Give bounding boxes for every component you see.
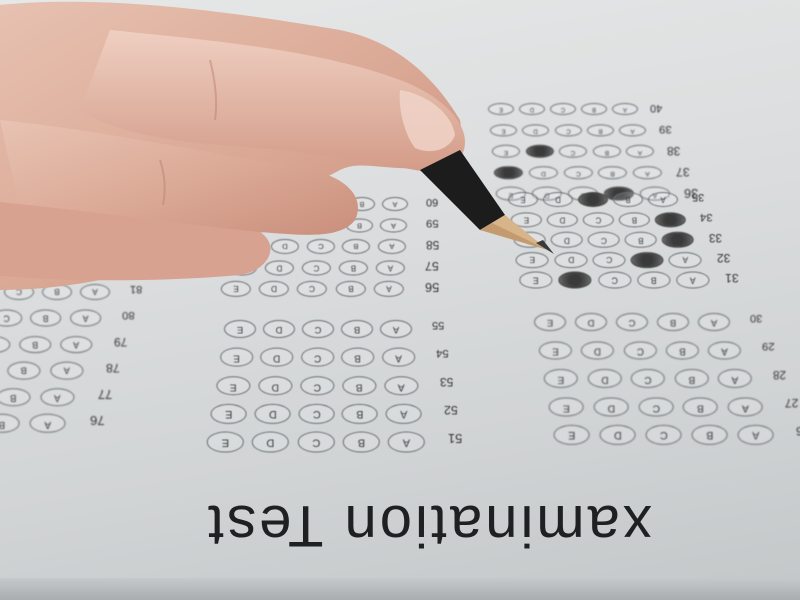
answer-bubble-a[interactable]: A: [384, 376, 418, 395]
answer-bubble-c[interactable]: C: [646, 425, 682, 445]
answer-bubble-b[interactable]: B: [0, 414, 20, 433]
answer-bubble-c[interactable]: C: [298, 432, 335, 453]
answer-bubble-b[interactable]: B: [692, 425, 728, 445]
answer-bubble-a[interactable]: A: [612, 103, 638, 115]
answer-bubble-d[interactable]: D: [594, 397, 629, 416]
answer-bubble-a[interactable]: A: [648, 192, 678, 207]
answer-bubble-c[interactable]: C: [631, 369, 665, 388]
answer-bubble-c[interactable]: C: [300, 376, 334, 395]
answer-bubble-c[interactable]: C: [588, 232, 620, 248]
answer-bubble-b[interactable]: B: [598, 166, 627, 179]
answer-bubble-c[interactable]: C: [578, 192, 608, 207]
answer-bubble-c[interactable]: C: [583, 212, 614, 227]
answer-bubble-a[interactable]: A: [676, 272, 709, 289]
answer-bubble-b[interactable]: B: [7, 362, 40, 380]
answer-bubble-d[interactable]: D: [581, 341, 614, 359]
question-number: 39: [659, 123, 672, 135]
question-number: 26: [796, 424, 800, 438]
answer-bubble-e[interactable]: E: [224, 320, 256, 338]
answer-bubble-a[interactable]: A: [30, 414, 66, 433]
answer-bubble-b[interactable]: B: [637, 272, 670, 289]
answer-bubble-c[interactable]: C: [639, 397, 674, 416]
question-number: 31: [725, 271, 739, 285]
answer-bubble-a[interactable]: A: [718, 369, 752, 388]
answer-bubble-a[interactable]: A: [60, 336, 92, 353]
question-number: 51: [448, 431, 462, 446]
answer-bubble-b[interactable]: B: [619, 212, 650, 227]
answer-bubble-a[interactable]: A: [662, 232, 694, 248]
answer-bubble-b[interactable]: B: [587, 124, 614, 136]
answer-bubble-a[interactable]: A: [388, 432, 425, 453]
answer-bubble-c[interactable]: C: [598, 272, 631, 289]
answer-bubble-b[interactable]: B: [341, 320, 373, 338]
answer-bubble-a[interactable]: A: [633, 166, 662, 179]
answer-bubble-c[interactable]: C: [299, 404, 335, 424]
answer-bubble-b[interactable]: B: [0, 388, 30, 406]
answer-bubble-b[interactable]: B: [343, 432, 380, 453]
answer-bubble-e[interactable]: E: [549, 397, 584, 416]
question-number: 79: [114, 335, 127, 349]
answer-bubble-a[interactable]: A: [386, 404, 422, 424]
answer-bubble-a[interactable]: A: [669, 252, 702, 268]
answer-bubble-a[interactable]: A: [382, 348, 415, 367]
question-number: 27: [785, 396, 798, 410]
answer-bubble-e[interactable]: E: [519, 272, 552, 289]
pencil: [420, 150, 570, 270]
question-number: 76: [90, 413, 105, 428]
question-number: 40: [650, 102, 662, 114]
answer-bubble-d[interactable]: D: [575, 313, 607, 331]
answer-bubble-e[interactable]: E: [216, 376, 250, 395]
answer-bubble-b[interactable]: B: [30, 310, 61, 327]
answer-bubble-b[interactable]: B: [625, 232, 657, 248]
question-number: 33: [709, 231, 722, 244]
answer-bubble-a[interactable]: A: [626, 145, 654, 158]
answer-bubble-e[interactable]: E: [534, 313, 566, 331]
answer-bubble-c[interactable]: C: [0, 310, 22, 327]
answer-bubble-b[interactable]: B: [342, 404, 378, 424]
table-edge: [0, 578, 800, 600]
answer-bubble-b[interactable]: B: [342, 376, 376, 395]
question-number: 80: [122, 309, 135, 321]
answer-bubble-a[interactable]: A: [708, 341, 741, 359]
question-number: 28: [773, 368, 786, 381]
answer-bubble-c[interactable]: C: [550, 103, 576, 115]
question-number: 32: [717, 251, 730, 265]
answer-bubble-d[interactable]: D: [260, 348, 293, 367]
answer-bubble-d[interactable]: D: [600, 425, 636, 445]
question-number: 35: [692, 191, 704, 203]
answer-bubble-e[interactable]: E: [539, 341, 572, 359]
answer-bubble-e[interactable]: E: [544, 369, 578, 388]
answer-bubble-e[interactable]: E: [488, 103, 514, 115]
answer-bubble-e[interactable]: E: [211, 404, 247, 424]
question-number: 29: [762, 340, 775, 352]
answer-bubble-b[interactable]: B: [593, 145, 621, 158]
answer-bubble-c[interactable]: C: [616, 313, 648, 331]
answer-bubble-c[interactable]: C: [0, 336, 10, 353]
answer-bubble-c[interactable]: C: [301, 348, 334, 367]
answer-bubble-b[interactable]: B: [657, 313, 689, 331]
answer-bubble-a[interactable]: A: [380, 320, 412, 338]
answer-bubble-b[interactable]: B: [613, 192, 643, 207]
sheet-title: xamination Test: [205, 492, 652, 559]
answer-bubble-a[interactable]: A: [40, 388, 74, 406]
answer-bubble-c[interactable]: C: [555, 124, 582, 136]
answer-bubble-e[interactable]: E: [207, 432, 244, 453]
answer-bubble-b[interactable]: B: [341, 348, 374, 367]
question-number: 53: [440, 375, 453, 389]
question-number: 34: [700, 211, 713, 223]
answer-bubble-a[interactable]: A: [728, 397, 763, 416]
question-number: 30: [750, 312, 762, 324]
answer-bubble-b[interactable]: B: [19, 336, 51, 353]
question-number: 77: [98, 387, 112, 402]
question-number: 54: [436, 347, 449, 359]
answer-bubble-d[interactable]: D: [519, 103, 545, 115]
answer-bubble-b[interactable]: B: [675, 369, 709, 388]
answer-bubble-a[interactable]: A: [70, 310, 101, 327]
answer-bubble-d[interactable]: D: [522, 124, 549, 136]
answer-bubble-e[interactable]: E: [490, 124, 517, 136]
answer-bubble-d[interactable]: D: [258, 376, 292, 395]
answer-bubble-d[interactable]: D: [588, 369, 622, 388]
question-number: 52: [444, 403, 458, 417]
answer-bubble-a[interactable]: A: [50, 362, 83, 380]
answer-bubble-b[interactable]: B: [666, 341, 699, 359]
question-number: 38: [667, 144, 680, 158]
answer-bubble-b[interactable]: B: [581, 103, 607, 115]
answer-bubble-a[interactable]: A: [655, 212, 686, 227]
answer-bubble-d[interactable]: D: [255, 404, 291, 424]
answer-bubble-b[interactable]: B: [631, 252, 664, 268]
answer-bubble-c[interactable]: C: [302, 320, 334, 338]
question-number: 55: [432, 319, 444, 331]
question-number: 78: [106, 361, 120, 375]
answer-bubble-e[interactable]: E: [220, 348, 253, 367]
hand-holding-pencil: [0, 0, 480, 300]
answer-bubble-d[interactable]: D: [252, 432, 289, 453]
answer-bubble-a[interactable]: A: [619, 124, 646, 136]
answer-bubble-a[interactable]: A: [738, 425, 774, 445]
exam-photo: 40ABCDE39ABCDE38ABCDE37ABCDE36ABCDE35ABC…: [0, 0, 800, 600]
answer-bubble-e[interactable]: E: [554, 425, 590, 445]
answer-bubble-d[interactable]: D: [263, 320, 295, 338]
answer-bubble-c[interactable]: C: [624, 341, 657, 359]
question-number: 37: [676, 165, 690, 179]
answer-bubble-a[interactable]: A: [698, 313, 730, 331]
answer-bubble-d[interactable]: D: [558, 272, 591, 289]
answer-bubble-b[interactable]: B: [683, 397, 718, 416]
answer-bubble-c[interactable]: C: [593, 252, 626, 268]
